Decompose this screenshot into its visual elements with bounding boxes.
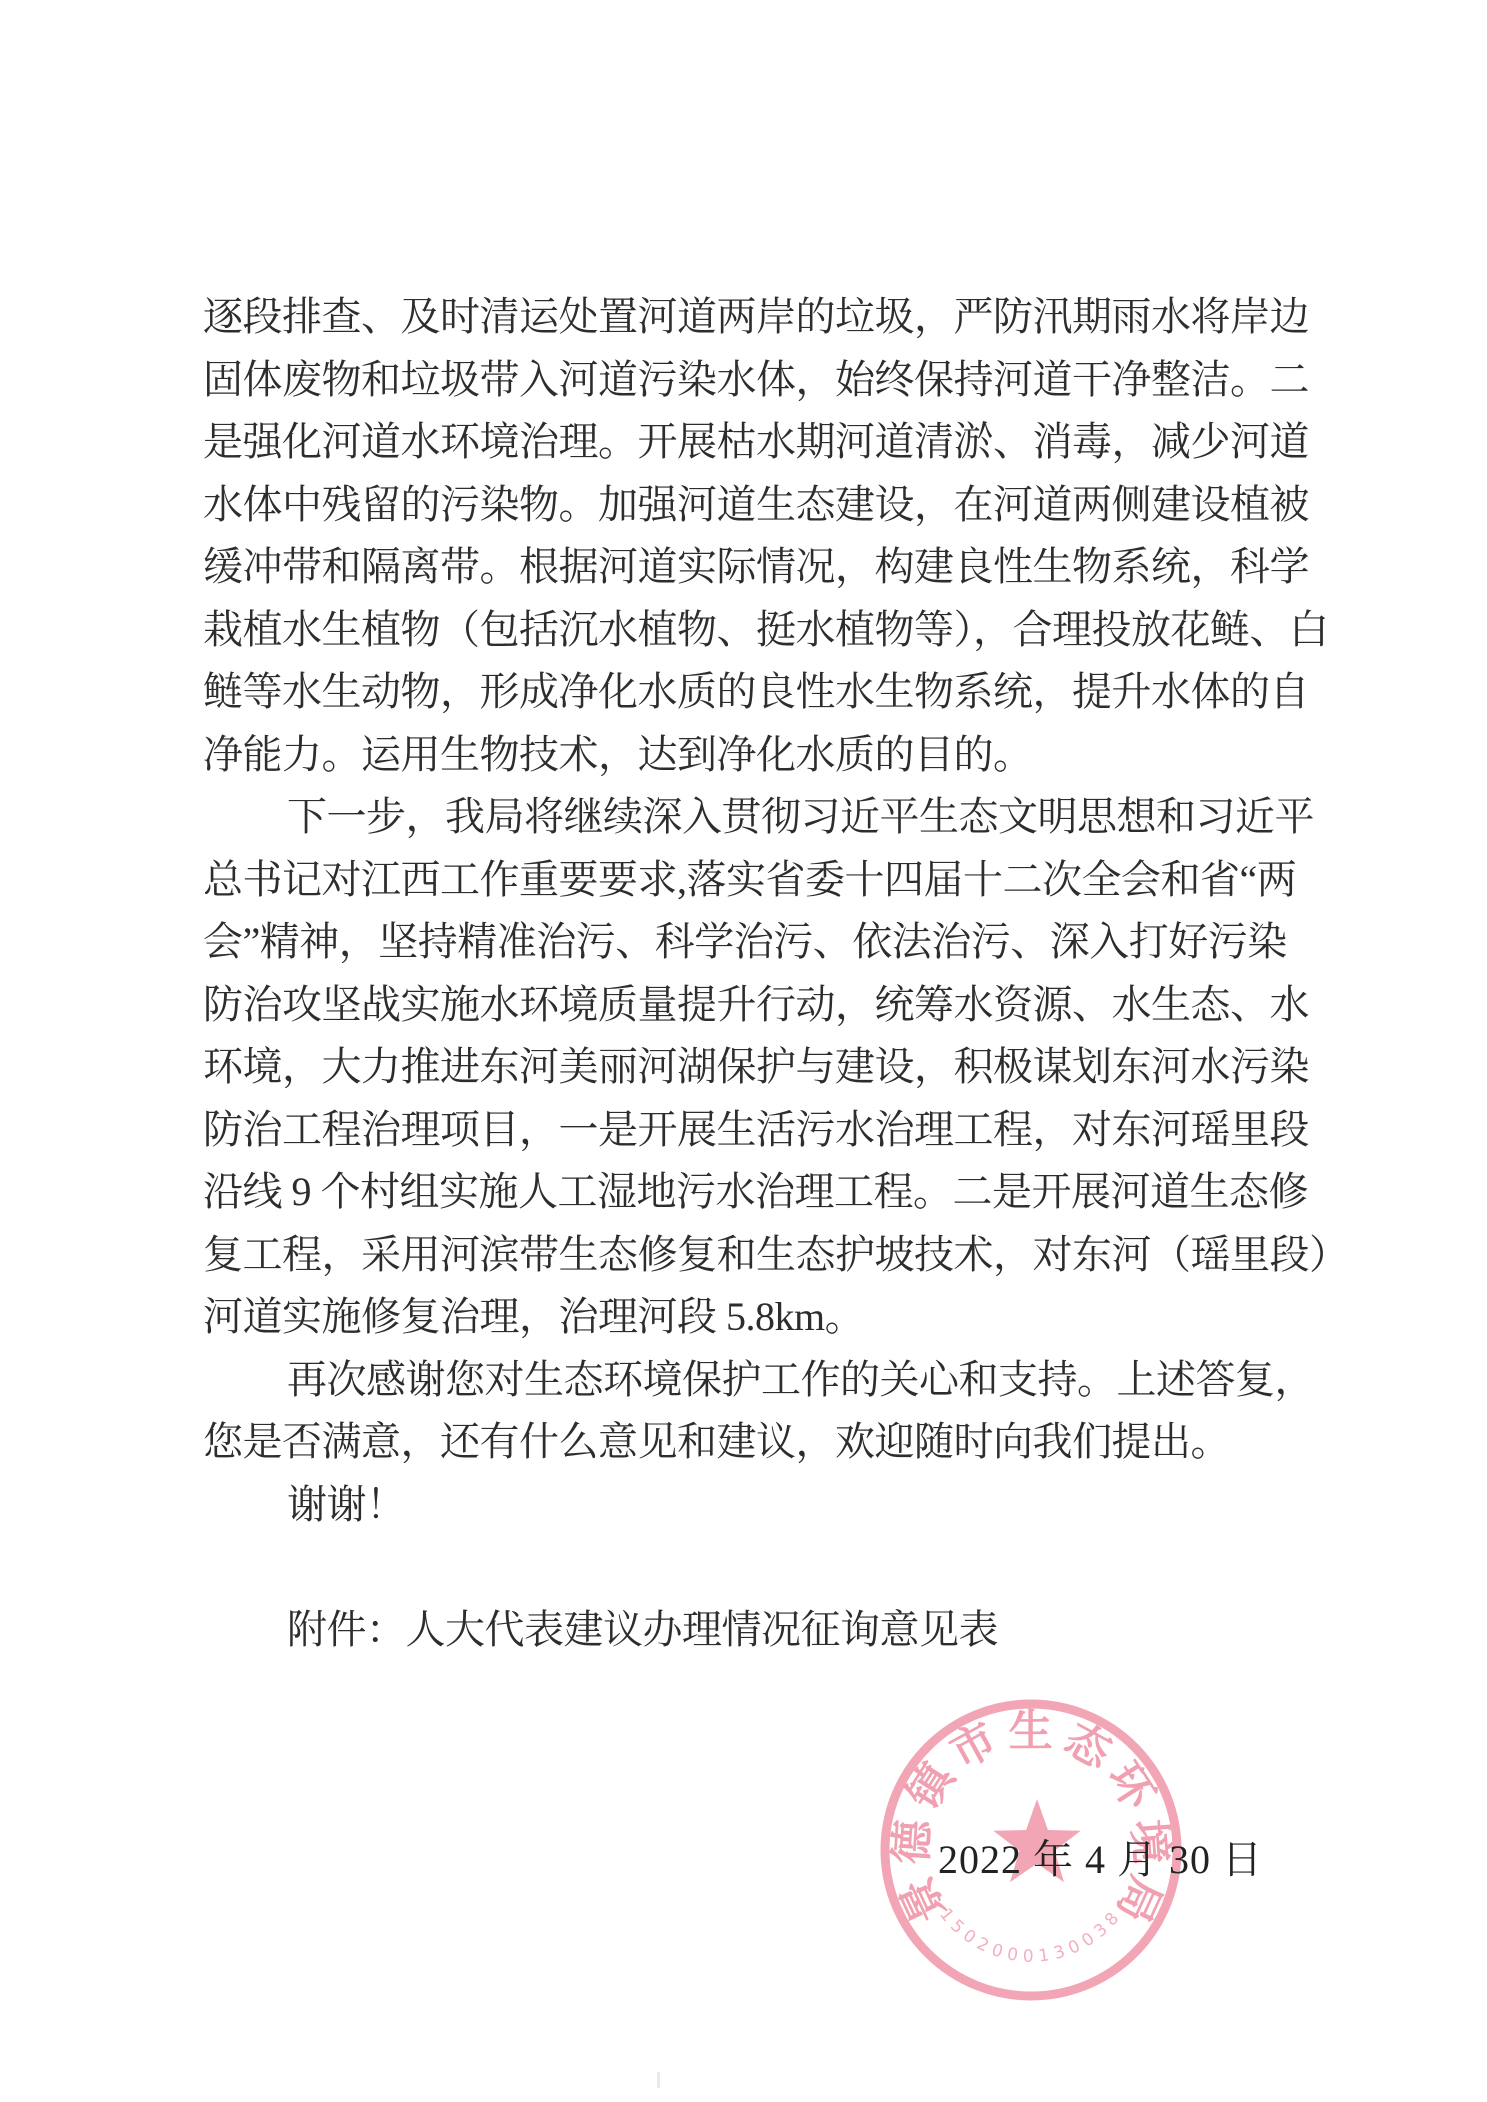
body-line-13: 环境，大力推进东河美丽河湖保护与建设，积极谋划东河水污染 [203,1036,1373,1099]
body-line-1: 逐段排查、及时清运处置河道两岸的垃圾，严防汛期雨水将岸边 [203,286,1373,349]
body-line-18: 再次感谢您对生态环境保护工作的关心和支持。上述答复， [203,1349,1373,1412]
date-line: 2022 年 4 月 30 日 [938,1828,1263,1885]
body-line-19: 您是否满意，还有什么意见和建议，欢迎随时向我们提出。 [203,1411,1373,1474]
body-line-22: 附件：人大代表建议办理情况征询意见表 [203,1599,1373,1662]
body-line-9: 下一步，我局将继续深入贯彻习近平生态文明思想和习近平 [203,786,1373,849]
body-line-15: 沿线 9 个村组实施人工湿地污水治理工程。二是开展河道生态修 [203,1161,1373,1224]
body-line-5: 缓冲带和隔离带。根据河道实际情况，构建良性生物系统，科学 [203,536,1373,599]
body-line-16: 复工程，采用河滨带生态修复和生态护坡技术，对东河（瑶里段） [203,1224,1373,1287]
body-line-21 [203,1536,1373,1599]
body-line-6: 栽植水生植物（包括沉水植物、挺水植物等），合理投放花鲢、白 [203,599,1373,662]
body-line-20: 谢谢！ [203,1474,1373,1537]
seal-serial-number: 1502000130038 [935,1905,1125,1967]
body-line-3: 是强化河道水环境治理。开展枯水期河道清淤、消毒，减少河道 [203,411,1373,474]
body-line-7: 鲢等水生动物，形成净化水质的良性水生物系统，提升水体的自 [203,661,1373,724]
svg-text:1502000130038: 1502000130038 [935,1905,1125,1967]
body-line-17: 河道实施修复治理，治理河段 5.8km。 [203,1286,1373,1349]
letter-body: 逐段排查、及时清运处置河道两岸的垃圾，严防汛期雨水将岸边固体废物和垃圾带入河道污… [203,286,1373,1661]
body-line-10: 总书记对江西工作重要要求,落实省委十四届十二次全会和省“两 [203,849,1373,912]
body-line-11: 会”精神，坚持精准治污、科学治污、依法治污、深入打好污染 [203,911,1373,974]
body-line-4: 水体中残留的污染物。加强河道生态建设，在河道两侧建设植被 [203,474,1373,537]
body-line-12: 防治攻坚战实施水环境质量提升行动，统筹水资源、水生态、水 [203,974,1373,1037]
body-line-2: 固体废物和垃圾带入河道污染水体，始终保持河道干净整洁。二 [203,349,1373,412]
body-line-8: 净能力。运用生物技术，达到净化水质的目的。 [203,724,1373,787]
scan-artifact [657,2072,660,2088]
scanned-letter-page: 逐段排查、及时清运处置河道两岸的垃圾，严防汛期雨水将岸边固体废物和垃圾带入河道污… [0,0,1487,2102]
body-line-14: 防治工程治理项目，一是开展生活污水治理工程，对东河瑶里段 [203,1099,1373,1162]
